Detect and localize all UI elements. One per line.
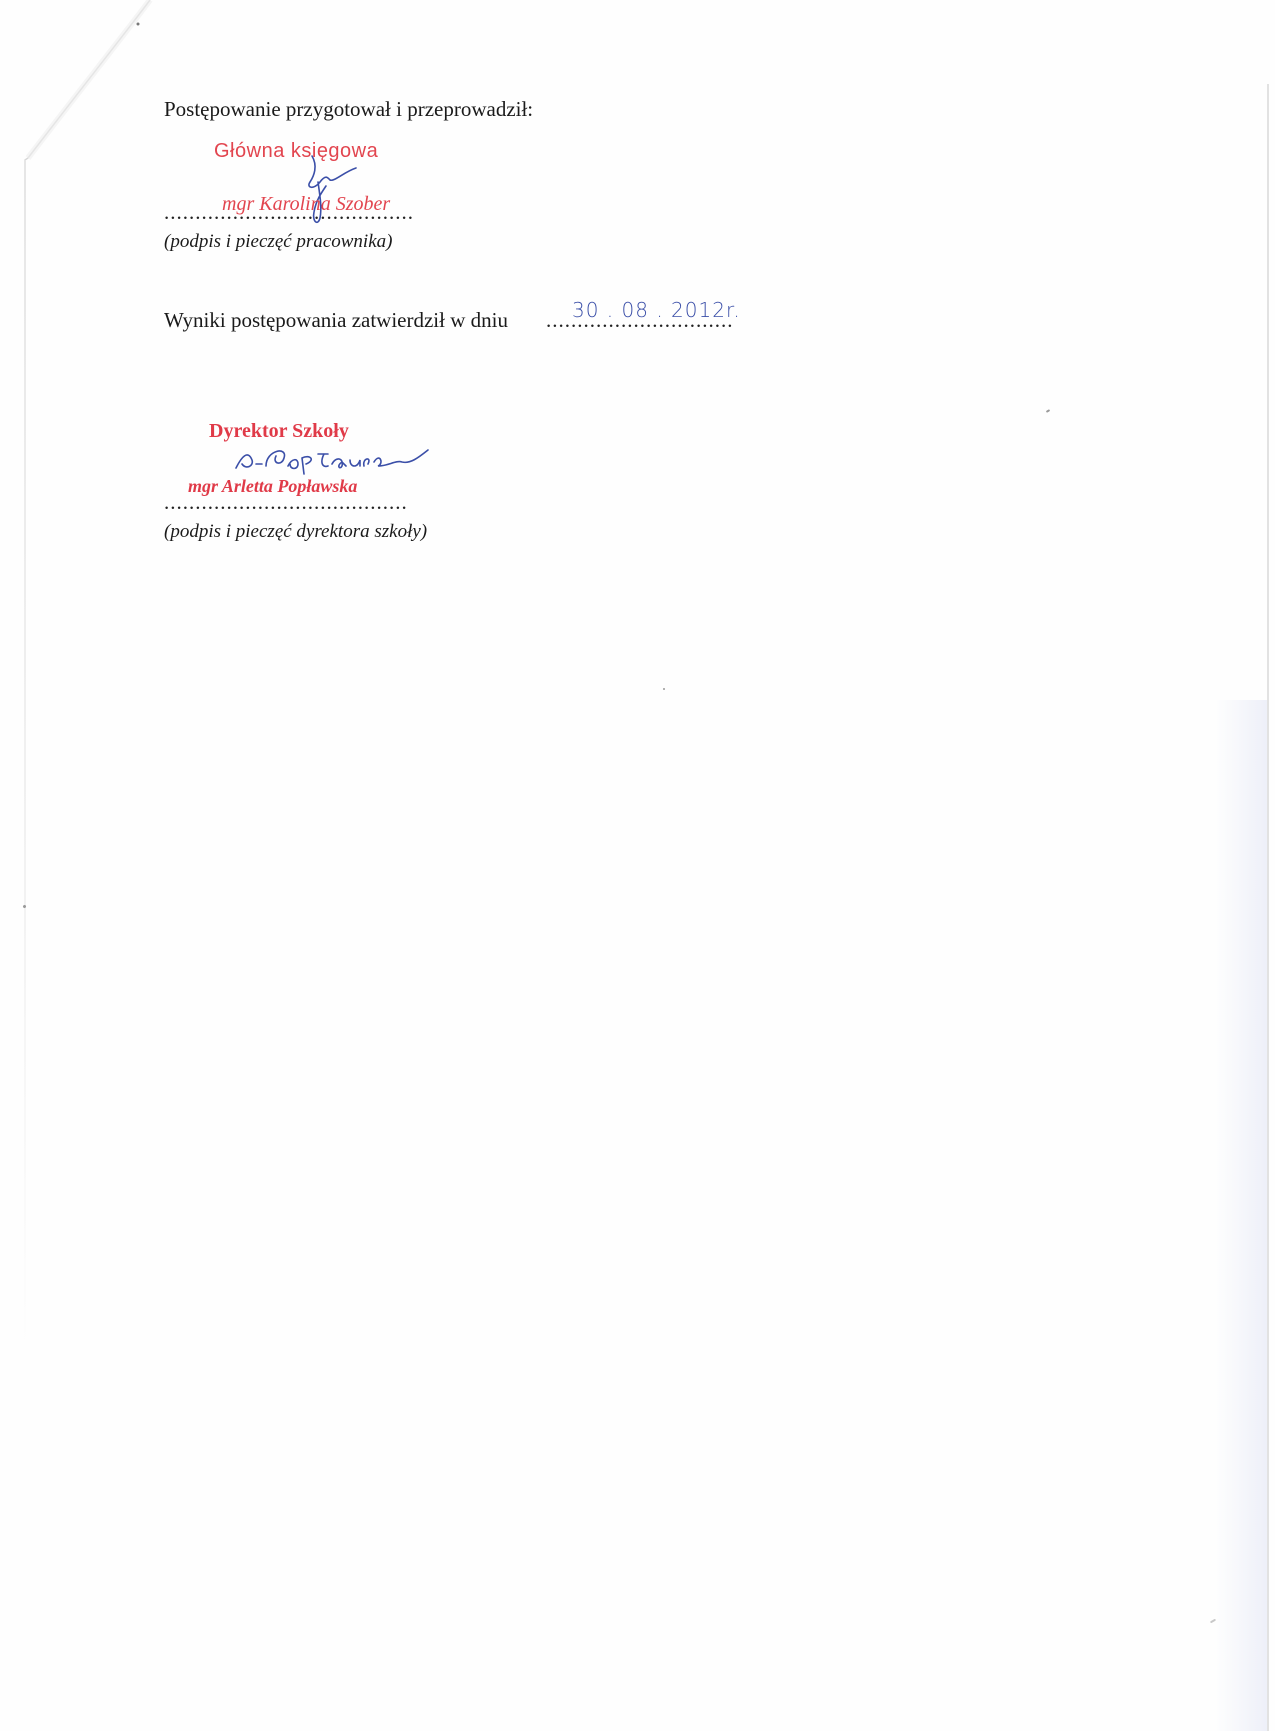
scan-right-shade [1215,700,1267,1731]
scan-right-edge [1267,84,1269,1731]
employee-signature-line: ........................................ [164,200,414,225]
approval-label: Wyniki postępowania zatwierdził w dniu [164,308,508,332]
prepared-by-heading: Postępowanie przygotował i przeprowadził… [164,97,533,121]
employee-stamp-title: Główna księgowa [214,140,378,163]
director-stamp-title: Dyrektor Szkoły [209,420,349,443]
scan-speck [663,688,666,691]
employee-signature-caption: (podpis i pieczęć pracownika) [164,230,392,254]
director-signature-line: ....................................... [164,490,408,515]
scan-left-edge [24,160,26,1360]
folded-corner-mark [0,0,160,180]
scanned-page: Postępowanie przygotował i przeprowadził… [0,0,1275,1731]
scan-speck [1046,409,1050,413]
director-signature-caption: (podpis i pieczęć dyrektora szkoły) [164,520,427,544]
approval-handwritten-date: 30 . 08 . 2012r. [572,298,741,322]
